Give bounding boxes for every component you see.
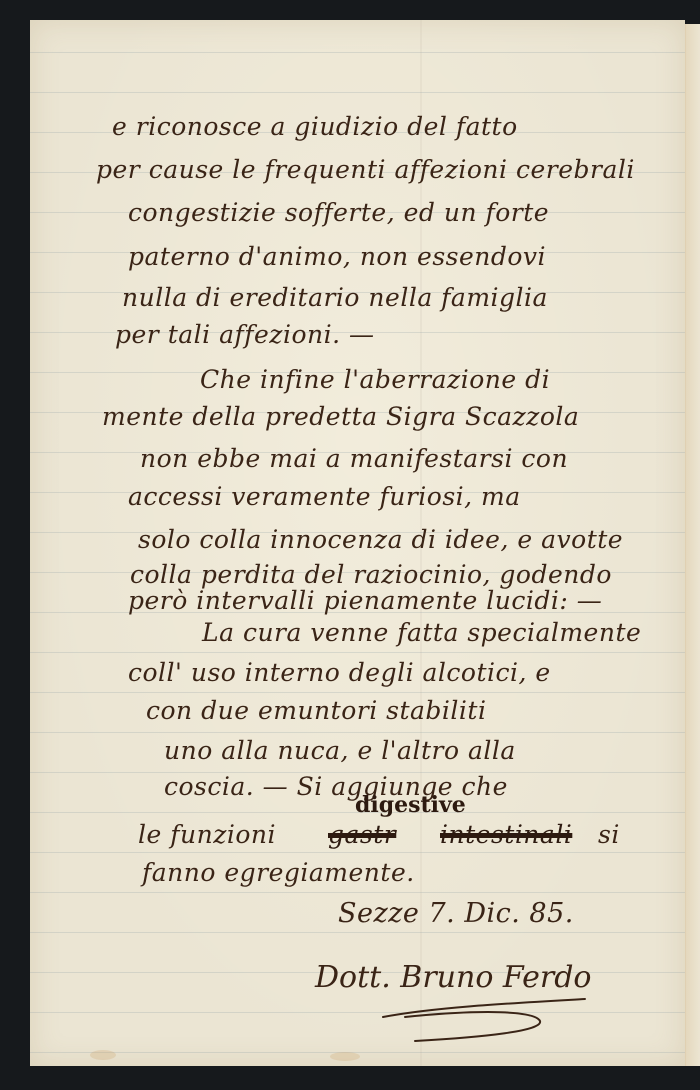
second-sheet-edge <box>683 24 700 1066</box>
ruled-line <box>30 92 685 93</box>
text-line: solo colla innocenza di idee, e avotte <box>138 525 623 554</box>
foxing-stain <box>330 1052 360 1061</box>
text-line: per cause le frequenti affezioni cerebra… <box>96 155 635 184</box>
struck-word: intestinali <box>440 820 572 849</box>
struck-word: gastr <box>328 820 396 849</box>
text-line: paterno d'animo, non essendovi <box>128 242 546 271</box>
ruled-line <box>30 732 685 733</box>
text-line: per tali affezioni. — <box>115 320 375 349</box>
text-line: colla perdita del raziocinio, godendo <box>130 560 612 589</box>
text-line: nulla di ereditario nella famiglia <box>122 283 548 312</box>
ruled-line <box>30 652 685 653</box>
text-line: congestizie sofferte, ed un forte <box>128 198 549 227</box>
text-line: La cura venne fatta specialmente <box>202 618 641 647</box>
dateline: Sezze 7. Dic. 85. <box>338 898 574 929</box>
text-line: le funzioni <box>138 820 276 849</box>
text-line: Che infine l'aberrazione di <box>200 365 550 394</box>
ruled-line <box>30 1052 685 1053</box>
text-line: mente della predetta Sigra Scazzola <box>102 402 579 431</box>
text-line: coll' uso interno degli alcotici, e <box>128 658 551 687</box>
ruled-line <box>30 852 685 853</box>
text-line: fanno egregiamente. <box>142 858 415 887</box>
text-line: con due emuntori stabiliti <box>146 696 486 725</box>
letter-page: e riconosce a giudizio del fatto per cau… <box>30 20 685 1066</box>
text-line: accessi veramente furiosi, ma <box>128 482 521 511</box>
text-line: uno alla nuca, e l'altro alla <box>164 736 516 765</box>
signature: Dott. Bruno Ferdo <box>315 960 591 995</box>
ruled-line <box>30 932 685 933</box>
text-line: non ebbe mai a manifestarsi con <box>140 444 568 473</box>
text-line: si <box>598 820 620 849</box>
ruled-line <box>30 892 685 893</box>
text-line: però intervalli pienamente lucidi: — <box>128 586 602 615</box>
scanned-document: e riconosce a giudizio del fatto per cau… <box>0 0 700 1090</box>
ruled-line <box>30 692 685 693</box>
foxing-stain <box>90 1050 116 1060</box>
ruled-line <box>30 52 685 53</box>
inserted-word: digestive <box>355 792 466 818</box>
signature-flourish <box>375 995 605 1045</box>
text-line: e riconosce a giudizio del fatto <box>112 112 518 141</box>
